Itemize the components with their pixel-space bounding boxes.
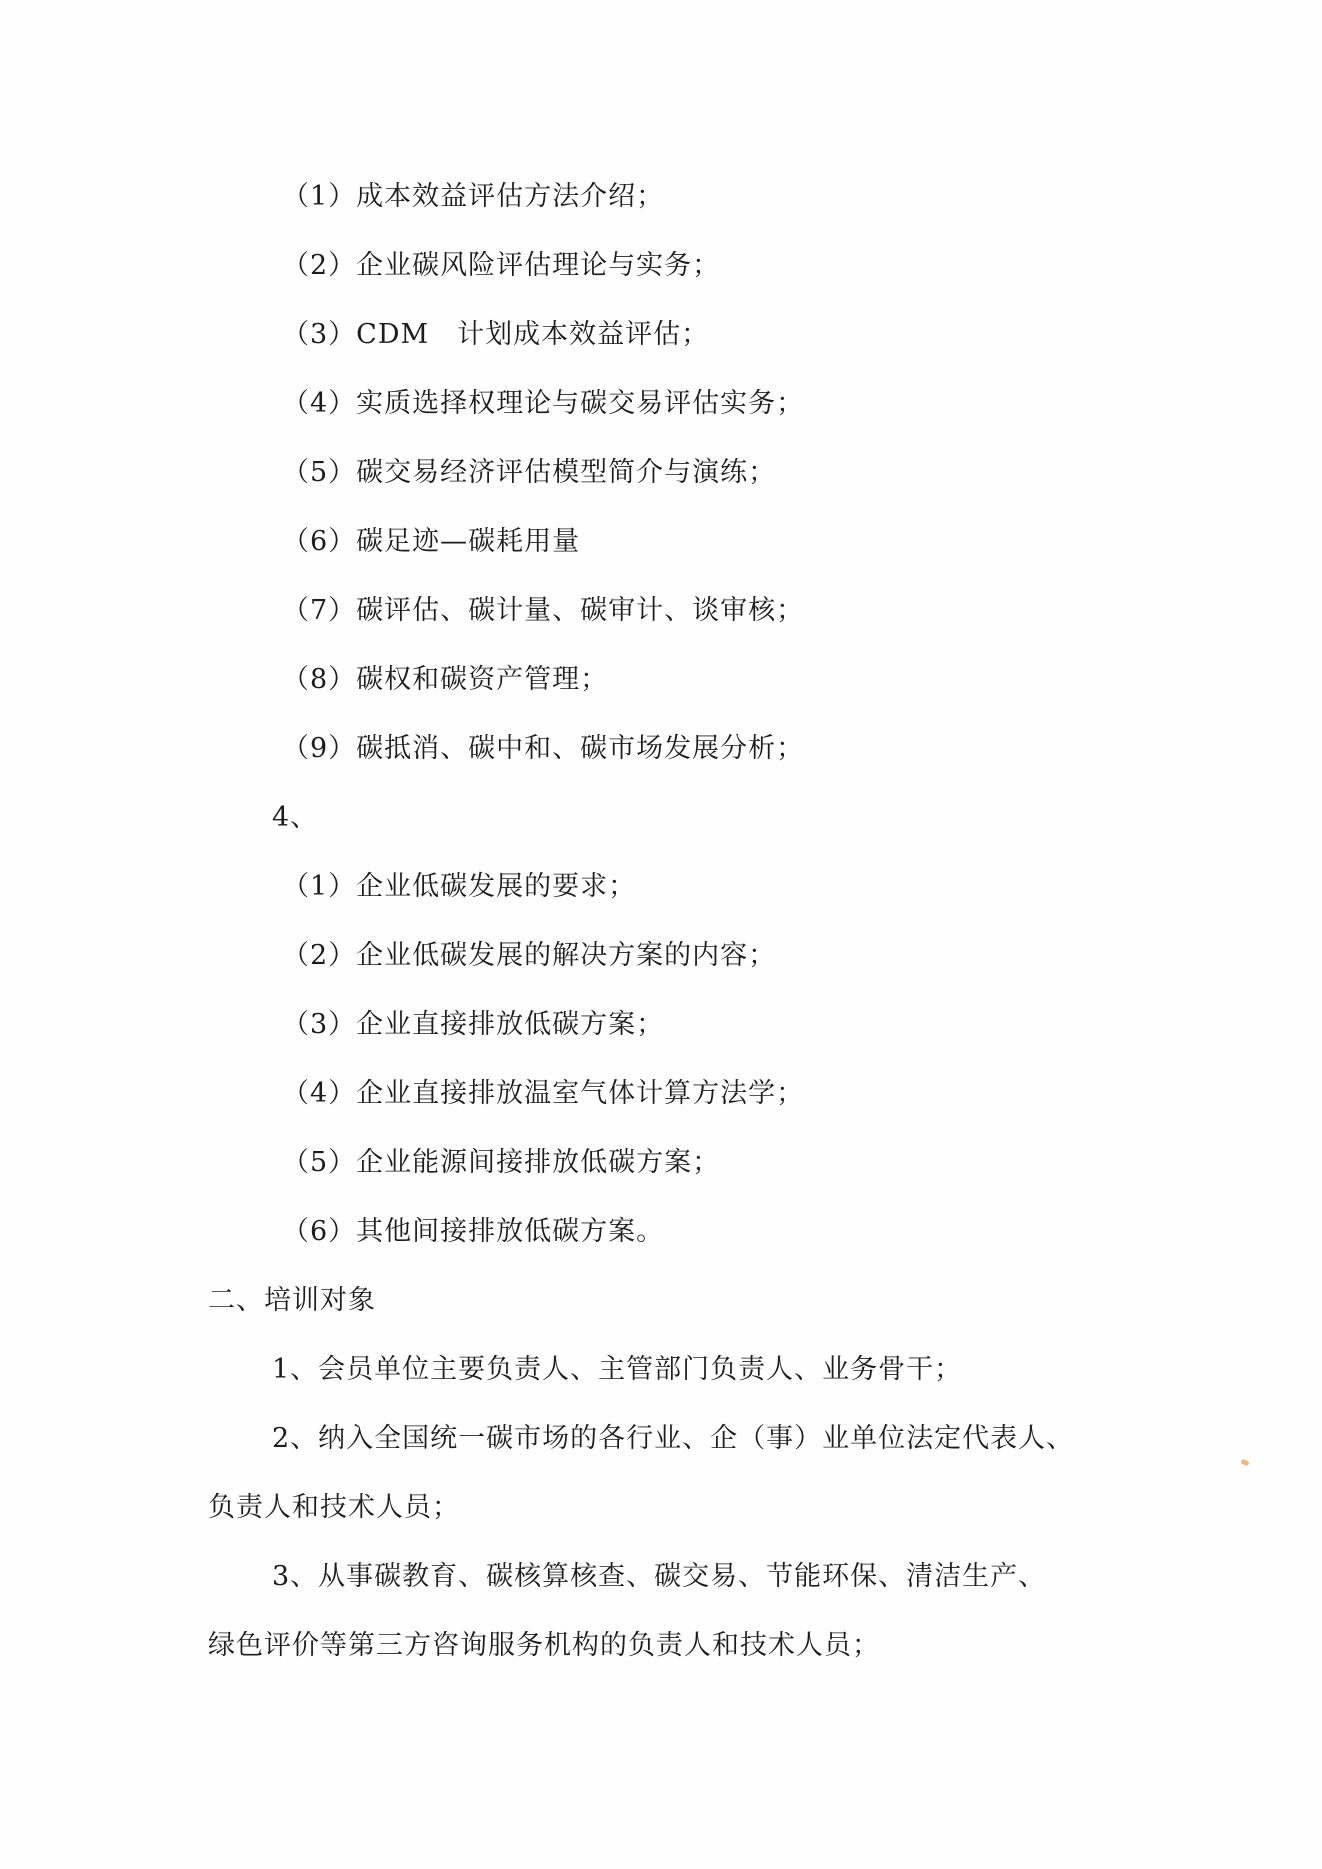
section3-item-8: （8）碳权和碳资产管理； xyxy=(282,663,608,697)
section4-item-4: （4）企业直接排放温室气体计算方法学； xyxy=(282,1077,804,1111)
section3-item-9: （9）碳抵消、碳中和、碳市场发展分析； xyxy=(282,732,804,766)
section3-item-2: （2）企业碳风险评估理论与实务； xyxy=(282,249,720,283)
section4-heading: 4、 xyxy=(272,801,318,835)
part2-item-2-line1: 2、纳入全国统一碳市场的各行业、企（事）业单位法定代表人、 xyxy=(272,1422,1074,1456)
part2-item-3-line2: 绿色评价等第三方咨询服务机构的负责人和技术人员； xyxy=(208,1629,880,1663)
section4-item-6: （6）其他间接排放低碳方案。 xyxy=(282,1215,664,1249)
section4-item-3: （3）企业直接排放低碳方案； xyxy=(282,1008,664,1042)
section3-item-7: （7）碳评估、碳计量、碳审计、谈审核； xyxy=(282,594,804,628)
part2-heading: 二、培训对象 xyxy=(208,1284,376,1318)
scan-speck xyxy=(1240,1459,1249,1467)
section4-item-1: （1）企业低碳发展的要求； xyxy=(282,870,636,904)
section3-item-3: （3）CDM 计划成本效益评估； xyxy=(282,318,709,352)
section3-item-4: （4）实质选择权理论与碳交易评估实务； xyxy=(282,387,804,421)
part2-item-2-line2: 负责人和技术人员； xyxy=(208,1491,460,1525)
part2-item-3-line1: 3、从事碳教育、碳核算核查、碳交易、节能环保、清洁生产、 xyxy=(272,1560,1046,1594)
section3-item-6: （6）碳足迹—碳耗用量 xyxy=(282,525,580,559)
section4-item-2: （2）企业低碳发展的解决方案的内容； xyxy=(282,939,776,973)
section3-item-1: （1）成本效益评估方法介绍； xyxy=(282,180,664,214)
part2-item-1: 1、会员单位主要负责人、主管部门负责人、业务骨干； xyxy=(272,1353,962,1387)
section4-item-5: （5）企业能源间接排放低碳方案； xyxy=(282,1146,720,1180)
document-page: （1）成本效益评估方法介绍； （2）企业碳风险评估理论与实务； （3）CDM 计… xyxy=(0,0,1322,1869)
section3-item-5: （5）碳交易经济评估模型简介与演练； xyxy=(282,456,776,490)
